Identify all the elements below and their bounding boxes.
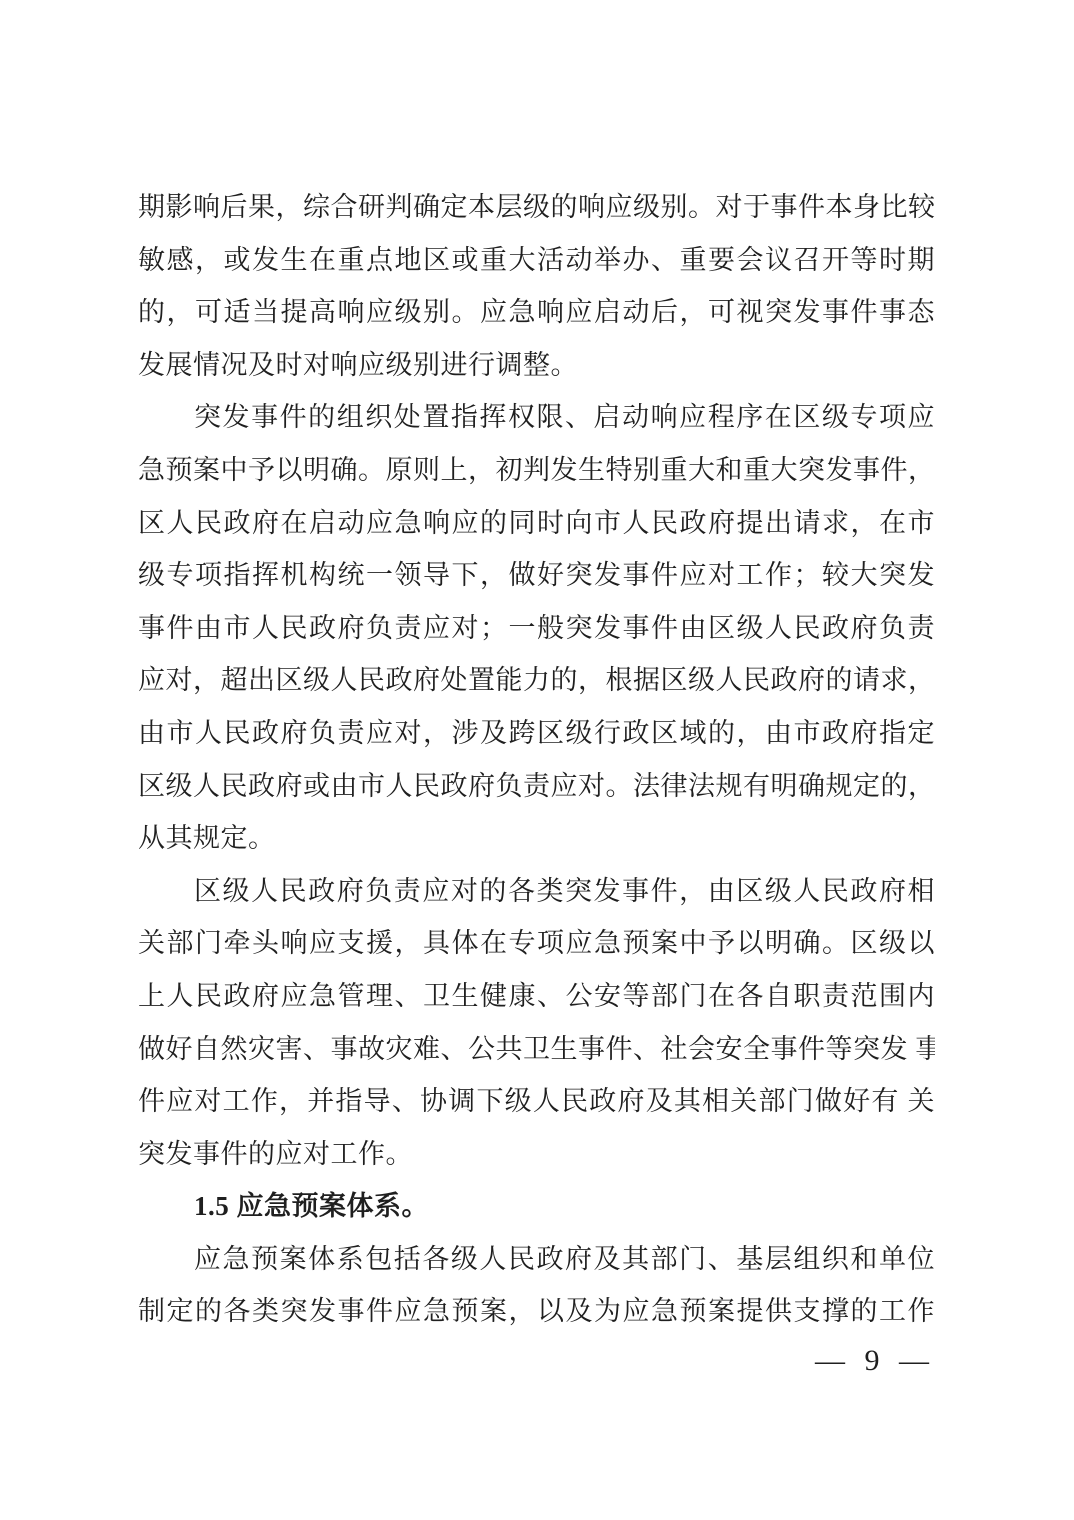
paragraph: 区级人民政府负责应对的各类突发事件，由区级人民政府相 关部门牵头响应支援，具体在… <box>138 865 935 1181</box>
text-line: 由市人民政府负责应对，涉及跨区级行政区域的，由市政府指定 <box>138 707 935 760</box>
document-body: 期影响后果，综合研判确定本层级的响应级别。对于事件本身比较 敏感，或发生在重点地… <box>138 181 935 1338</box>
text-line: 关部门牵头响应支援，具体在专项应急预案中予以明确。区级以 <box>138 917 935 970</box>
text-line: 突发事件的组织处置指挥权限、启动响应程序在区级专项应 <box>138 391 935 444</box>
text-line: 期影响后果，综合研判确定本层级的响应级别。对于事件本身比较 <box>138 181 935 234</box>
text-line: 做好自然灾害、事故灾难、公共卫生事件、社会安全事件等突发 事 <box>138 1023 935 1076</box>
text-line: 急预案中予以明确。原则上，初判发生特别重大和重大突发事件， <box>138 444 935 497</box>
text-line: 区级人民政府或由市人民政府负责应对。法律法规有明确规定的， <box>138 760 935 813</box>
text-line: 突发事件的应对工作。 <box>138 1128 935 1181</box>
text-line: 制定的各类突发事件应急预案，以及为应急预案提供支撑的工作 <box>138 1285 935 1338</box>
text-line: 上人民政府应急管理、卫生健康、公安等部门在各自职责范围内 <box>138 970 935 1023</box>
text-line: 级专项指挥机构统一领导下，做好突发事件应对工作；较大突发 <box>138 549 935 602</box>
text-line: 区级人民政府负责应对的各类突发事件，由区级人民政府相 <box>138 865 935 918</box>
text-line: 发展情况及时对响应级别进行调整。 <box>138 339 935 392</box>
section-heading: 1.5 应急预案体系。 <box>138 1180 935 1233</box>
text-line: 应对，超出区级人民政府处置能力的，根据区级人民政府的请求， <box>138 654 935 707</box>
paragraph: 突发事件的组织处置指挥权限、启动响应程序在区级专项应 急预案中予以明确。原则上，… <box>138 391 935 864</box>
text-line: 区人民政府在启动应急响应的同时向市人民政府提出请求，在市 <box>138 497 935 550</box>
paragraph: 期影响后果，综合研判确定本层级的响应级别。对于事件本身比较 敏感，或发生在重点地… <box>138 181 935 391</box>
paragraph: 应急预案体系包括各级人民政府及其部门、基层组织和单位 制定的各类突发事件应急预案… <box>138 1233 935 1338</box>
text-line: 的，可适当提高响应级别。应急响应启动后，可视突发事件事态 <box>138 286 935 339</box>
text-line: 应急预案体系包括各级人民政府及其部门、基层组织和单位 <box>138 1233 935 1286</box>
page-number: — 9 — <box>815 1344 935 1378</box>
text-line: 件应对工作，并指导、协调下级人民政府及其相关部门做好有 关 <box>138 1075 935 1128</box>
document-page: 期影响后果，综合研判确定本层级的响应级别。对于事件本身比较 敏感，或发生在重点地… <box>0 0 1074 1520</box>
text-line: 事件由市人民政府负责应对；一般突发事件由区级人民政府负责 <box>138 602 935 655</box>
text-line: 敏感，或发生在重点地区或重大活动举办、重要会议召开等时期 <box>138 234 935 287</box>
text-line: 从其规定。 <box>138 812 935 865</box>
